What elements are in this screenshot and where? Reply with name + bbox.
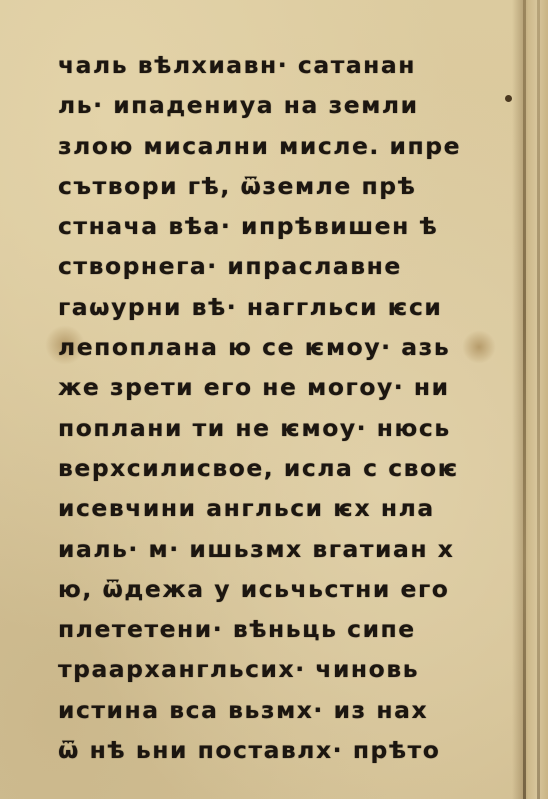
text-line-16: траархангльсих· чиновь (58, 650, 488, 690)
text-line-14: ю, ѿдежа у исьчьстни его (58, 570, 488, 610)
manuscript-page: чаль вѣлхиавн· сатанан ль· ипадениуа на … (0, 0, 548, 799)
text-line-1: чаль вѣлхиавн· сатанан (58, 46, 488, 86)
text-line-9: же зрети его не могоу· ни (58, 368, 488, 408)
text-line-8: лепоплана ю се ѥмоу· азь (58, 328, 488, 368)
text-line-13: иаль· м· ишьзмх вгатиан х (58, 530, 488, 570)
text-line-11: верхсилисвое, исла с своѥ (58, 449, 488, 489)
text-line-2: ль· ипадениуа на земли (58, 86, 488, 126)
text-line-15: плететени· вѣньць сипе (58, 610, 488, 650)
text-line-5: стнача вѣа· ипрѣвишен ѣ (58, 207, 488, 247)
page-fold-line (523, 0, 526, 799)
text-line-3: злою мисални мисле. ипре (58, 127, 488, 167)
text-line-7: гаѡурни вѣ· наггльси ѥси (58, 288, 488, 328)
text-line-12: исевчини англьси ѥх нла (58, 489, 488, 529)
text-line-4: сътвори гѣ, ѿземле прѣ (58, 167, 488, 207)
text-line-10: поплани ти не ѥмоу· нюсь (58, 409, 488, 449)
manuscript-text: чаль вѣлхиавн· сатанан ль· ипадениуа на … (58, 46, 488, 771)
page-edge (512, 0, 548, 799)
text-line-6: створнега· ипраславне (58, 247, 488, 287)
page-fold-line-outer (537, 0, 540, 799)
text-line-17: истина вса вьзмх· из нах (58, 691, 488, 731)
ink-spot (505, 95, 512, 102)
text-line-18: ѿ нѣ ьни поставлх· прѣто (58, 731, 488, 771)
